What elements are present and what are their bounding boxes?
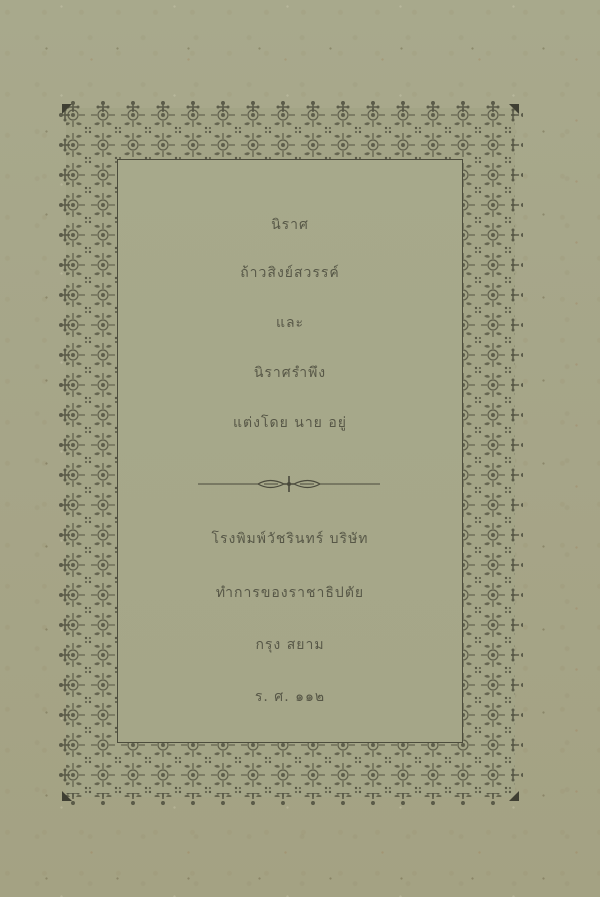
title-conjunction: และ [118, 312, 462, 334]
publisher-line-1: โรงพิมพ์วัชรินทร์ บริษัท [118, 528, 462, 550]
author-line: แต่งโดย นาย อยู่ [118, 412, 462, 434]
publisher-city-line: กรุง สยาม [118, 634, 462, 656]
title-line-2: ถ้าวสิงย์สวรรค์ [118, 262, 462, 284]
scroll-ornament-divider-icon [198, 474, 380, 494]
date-line: ร. ศ. ๑๑๒ [118, 686, 462, 708]
publisher-line-2: ทำการของราชาธิปตัย [118, 582, 462, 604]
title-line-1: นิราศ [118, 214, 462, 236]
title-line-3: นิราศรำพึง [118, 362, 462, 384]
